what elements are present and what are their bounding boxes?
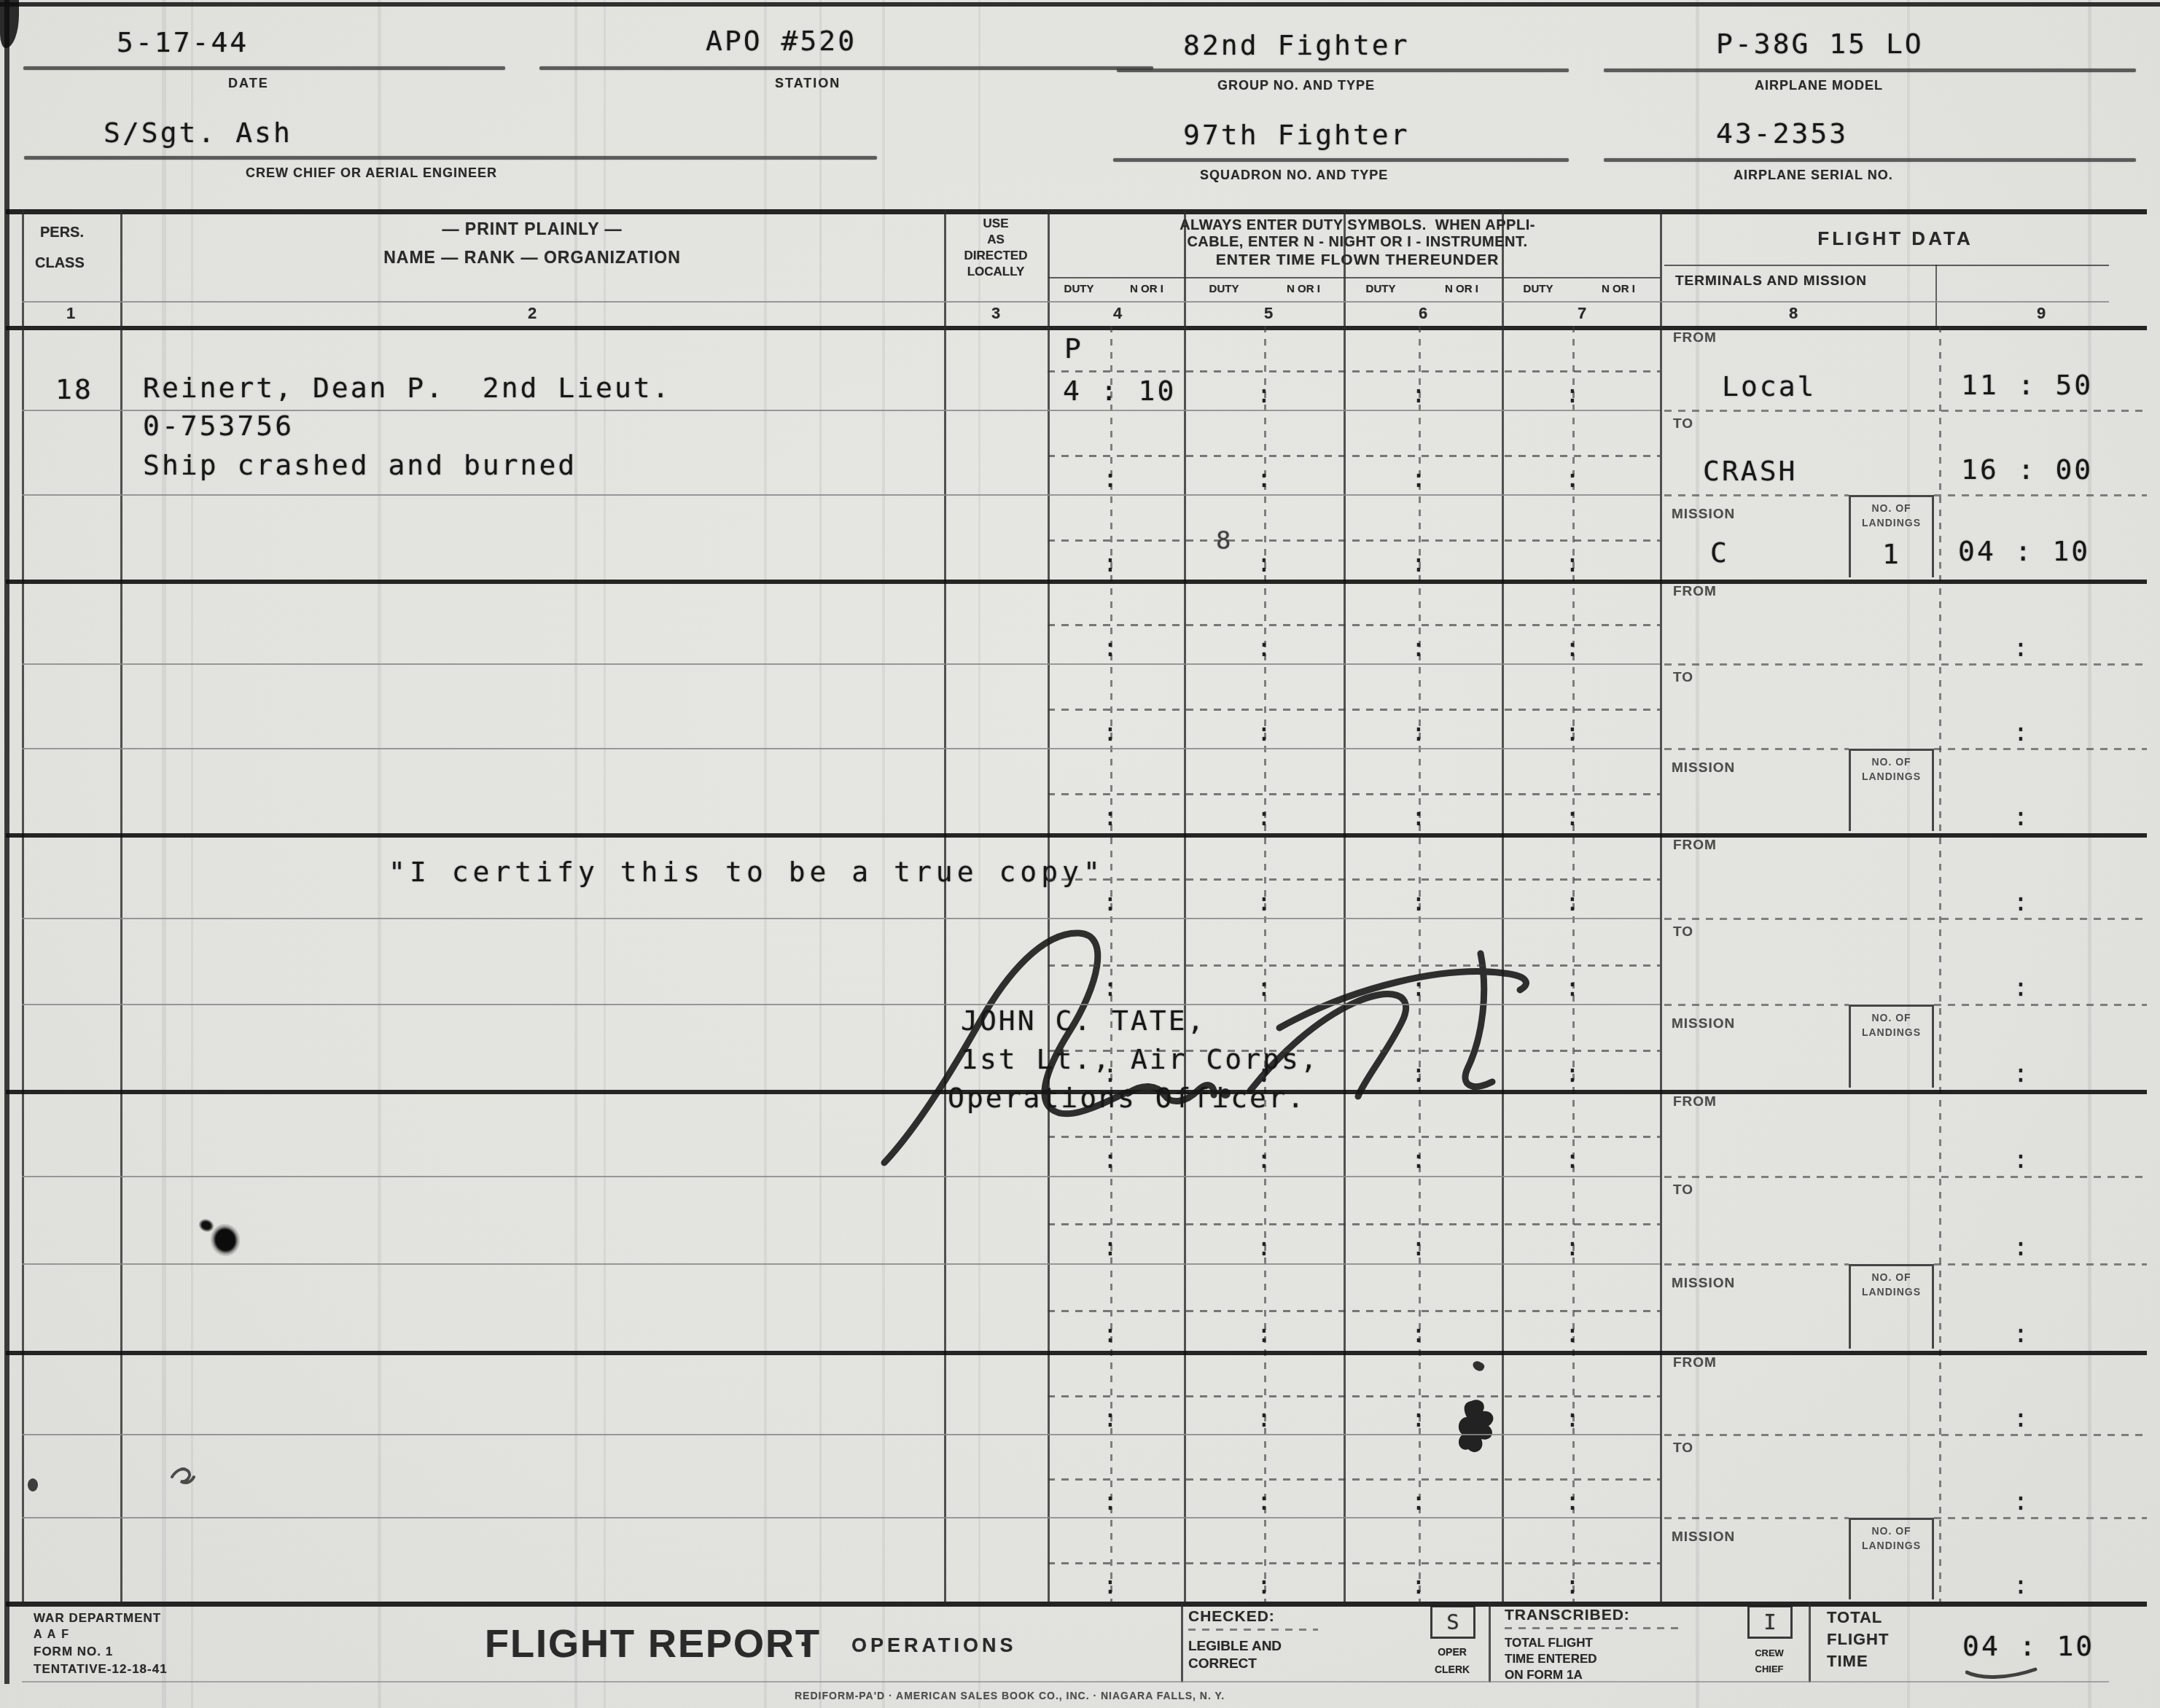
duty-subheader: DUTY — [1209, 283, 1239, 295]
landings-box: NO. OFLANDINGS — [1849, 495, 1934, 577]
total-flight-time-label-line1: TOTAL — [1827, 1608, 1882, 1627]
flight-time-colon: : — [2013, 1571, 2028, 1599]
footer-divider-2 — [1489, 1602, 1491, 1682]
duty-time-colon: : — [1257, 380, 1271, 408]
flightdata-dashed-line — [1664, 1434, 2147, 1436]
station-value: APO #520 — [706, 25, 857, 57]
crew-chief-initial-box: I — [1747, 1605, 1793, 1639]
duty-time-colon: : — [1103, 718, 1118, 746]
landings-label-line2: LANDINGS — [1851, 1540, 1932, 1551]
flight-block-1: :::::::::::FROMTOMISSIONNO. OFLANDINGS — [0, 326, 2160, 580]
duty-time-colon: : — [1411, 803, 1426, 831]
checked-label: CHECKED: — [1188, 1608, 1275, 1626]
duty-subheader: DUTY — [1064, 283, 1094, 295]
row-separator-line — [22, 494, 1660, 496]
total-flight-time-label-line2: FLIGHT — [1827, 1630, 1889, 1649]
duty-time-colon: : — [1257, 1319, 1271, 1348]
duty-time-colon: : — [1103, 633, 1118, 662]
duty-time-colon: : — [1103, 464, 1118, 493]
nori-subheader: N OR I — [1445, 283, 1478, 295]
to-label: TO — [1673, 924, 1693, 940]
duty-time-colon: : — [1411, 1487, 1426, 1516]
duty-time-colon: : — [1257, 1404, 1271, 1432]
duty-time-colon: : — [1103, 1233, 1118, 1261]
duty-note-line2: CABLE, ENTER N - NIGHT OR I - INSTRUMENT… — [1187, 234, 1527, 251]
landings-box: NO. OFLANDINGS — [1849, 1005, 1934, 1088]
airplane-serial-underline — [1604, 158, 2136, 162]
duty-time-colon: : — [1103, 549, 1118, 577]
row-separator-line — [22, 1004, 1660, 1005]
duty-time-colon: : — [1565, 633, 1580, 662]
checked-underline — [1188, 1629, 1318, 1631]
flightdata-dashed-line — [1934, 748, 2147, 750]
from-label: FROM — [1673, 838, 1717, 854]
mission-label: MISSION — [1672, 1529, 1735, 1545]
duty-time-colon: : — [1257, 464, 1271, 493]
oper-clerk-initial: S — [1446, 1610, 1459, 1634]
duty-time-colon: : — [1565, 888, 1580, 916]
landings-label-line2: LANDINGS — [1851, 1026, 1932, 1038]
footer-dept-line3: FORM NO. 1 — [34, 1645, 113, 1659]
duty-time-colon: : — [1565, 1571, 1580, 1599]
duty-time-colon: : — [1411, 464, 1426, 493]
row-separator-line — [22, 410, 1660, 411]
duty-time-colon: : — [1257, 718, 1271, 746]
crew-chief-underline — [24, 156, 877, 160]
row-separator-line — [22, 1517, 1660, 1518]
row-separator-line — [22, 1176, 1660, 1177]
footer-bottom-line — [22, 1681, 2109, 1682]
duty-time-colon: : — [1411, 1404, 1426, 1432]
duty-time-colon: : — [1565, 1233, 1580, 1261]
from-label: FROM — [1673, 1355, 1717, 1371]
flightdata-dashed-line — [1934, 1517, 2147, 1519]
duty-time-colon: : — [1411, 1233, 1426, 1261]
duty-time-colon: : — [1257, 1233, 1271, 1261]
duty-time-colon: : — [1565, 1145, 1580, 1174]
col-number-7: 7 — [1578, 304, 1586, 323]
duty-time-colon: : — [1411, 380, 1426, 408]
duty-time-colon: : — [1257, 973, 1271, 1002]
use-locally-line4: LOCALLY — [967, 265, 1025, 279]
duty-time-colon: : — [1257, 549, 1271, 577]
duty-time-colon: : — [1565, 380, 1580, 408]
duty-time-colon: : — [1103, 1145, 1118, 1174]
group-label: GROUP NO. AND TYPE — [1217, 78, 1375, 93]
duty-row-dashed-line — [1048, 964, 1660, 967]
total-flight-time-value: 04 : 10 — [1962, 1630, 2094, 1662]
row-separator-line — [22, 918, 1660, 919]
crew-chief-label-line1: CREW — [1755, 1647, 1784, 1658]
flightdata-dashed-line — [1664, 1004, 1849, 1006]
station-underline — [539, 66, 1153, 70]
pers-class-line1: PERS. — [40, 225, 84, 241]
crew-chief-label: CREW CHIEF OR AERIAL ENGINEER — [246, 165, 497, 181]
duty-time-colon: : — [1103, 1571, 1118, 1599]
mission-label: MISSION — [1672, 760, 1735, 776]
form-title-separator: - — [800, 1624, 811, 1661]
oper-clerk-label-line1: OPER — [1438, 1646, 1467, 1658]
duty-time-colon: : — [1257, 633, 1271, 662]
to-label: TO — [1673, 1440, 1693, 1457]
flight-time-colon: : — [2013, 973, 2028, 1002]
nori-subheader: N OR I — [1287, 283, 1320, 295]
duty-time-colon: : — [1103, 1319, 1118, 1348]
duty-note-line3: ENTER TIME FLOWN THEREUNDER — [1216, 251, 1500, 269]
date-underline — [23, 66, 505, 70]
col-number-9: 9 — [2037, 304, 2046, 323]
nori-subheader: N OR I — [1130, 283, 1163, 295]
flightdata-dashed-line — [1934, 1004, 2147, 1006]
crew-chief-initial: I — [1763, 1610, 1776, 1634]
flightdata-dashed-line — [1664, 410, 2147, 412]
print-plainly-heading: — PRINT PLAINLY — — [442, 219, 622, 239]
landings-box: NO. OFLANDINGS — [1849, 1264, 1934, 1349]
flight-block-2: :::::::::::::::FROMTOMISSIONNO. OFLANDIN… — [0, 580, 2160, 833]
duty-time-colon: : — [1565, 973, 1580, 1002]
landings-label-line1: NO. OF — [1851, 1271, 1932, 1283]
airplane-model-value: P-38G 15 LO — [1716, 28, 1924, 60]
group-underline — [1117, 69, 1569, 72]
flightdata-dashed-line — [1664, 748, 1849, 750]
transcribed-line2: TIME ENTERED — [1505, 1652, 1597, 1666]
landings-label-line1: NO. OF — [1851, 1525, 1932, 1537]
duty-row-dashed-line — [1048, 1050, 1660, 1052]
duty-time-colon: : — [1411, 888, 1426, 916]
mission-label: MISSION — [1672, 507, 1735, 523]
flight-time-colon: : — [2013, 1145, 2028, 1174]
duty-time-colon: : — [1257, 1059, 1271, 1088]
pers-class-line2: CLASS — [35, 255, 85, 272]
flightdata-dashed-line — [1664, 1517, 1849, 1519]
flightdata-dashed-line — [1664, 494, 1849, 496]
date-label: DATE — [228, 76, 269, 91]
flightdata-title-underline — [1664, 265, 2109, 266]
col-number-8: 8 — [1789, 304, 1798, 323]
airplane-serial-label: AIRPLANE SERIAL NO. — [1734, 168, 1893, 183]
checked-line2: CORRECT — [1188, 1656, 1257, 1672]
to-label: TO — [1673, 1182, 1693, 1198]
from-label: FROM — [1673, 584, 1717, 600]
duty-row-dashed-line — [1048, 1136, 1660, 1138]
landings-label-line1: NO. OF — [1851, 1012, 1932, 1023]
duty-note-line1: ALWAYS ENTER DUTY SYMBOLS. WHEN APPLI- — [1180, 217, 1535, 234]
use-locally-line1: USE — [983, 217, 1009, 231]
flight-time-colon: : — [2013, 1404, 2028, 1432]
checked-line1: LEGIBLE AND — [1188, 1639, 1282, 1655]
flight-time-colon: : — [2013, 1487, 2028, 1516]
col-number-3: 3 — [991, 304, 1000, 323]
duty-time-colon: : — [1411, 633, 1426, 662]
flightdata-dashed-line — [1664, 663, 2147, 666]
footer-divider-1 — [1181, 1602, 1183, 1682]
col-number-2: 2 — [528, 304, 537, 323]
duty-time-colon: : — [1565, 1319, 1580, 1348]
row-separator-line — [22, 748, 1660, 749]
total-flight-time-label-line3: TIME — [1827, 1652, 1868, 1671]
flight-report-form: 5-17-44 DATE APO #520 STATION 82nd Fight… — [0, 0, 2160, 1708]
crew-chief-value: S/Sgt. Ash — [104, 117, 292, 149]
duty-row-dashed-line — [1048, 1395, 1660, 1397]
duty-row-dashed-line — [1048, 1562, 1660, 1564]
duty-time-colon: : — [1257, 803, 1271, 831]
table-bottom-line — [6, 1602, 2147, 1607]
duty-time-colon: : — [1565, 549, 1580, 577]
airplane-model-label: AIRPLANE MODEL — [1755, 78, 1883, 93]
duty-time-colon: : — [1565, 1487, 1580, 1516]
table-top-line — [6, 209, 2147, 214]
duty-row-dashed-line — [1048, 1223, 1660, 1225]
landings-label-line2: LANDINGS — [1851, 771, 1932, 782]
duty-row-dashed-line — [1048, 370, 1660, 373]
duty-time-colon: : — [1565, 718, 1580, 746]
duty-time-colon: : — [1411, 1059, 1426, 1088]
flightdata-dashed-line — [1934, 494, 2147, 496]
pen-flourish — [1965, 1666, 2038, 1682]
landings-box: NO. OFLANDINGS — [1849, 749, 1934, 831]
transcribed-line3: ON FORM 1A — [1505, 1668, 1583, 1682]
duty-time-colon: : — [1103, 973, 1118, 1002]
flightdata-dashed-line — [1664, 1176, 2147, 1178]
flight-time-colon: : — [2013, 888, 2028, 916]
flight-time-colon: : — [2013, 633, 2028, 662]
date-value: 5-17-44 — [117, 26, 249, 58]
use-locally-line3: DIRECTED — [964, 249, 1028, 263]
flight-time-colon: : — [2013, 1319, 2028, 1348]
use-locally-line2: AS — [987, 233, 1005, 247]
col-number-1: 1 — [66, 304, 75, 323]
mission-label: MISSION — [1672, 1276, 1735, 1292]
station-label: STATION — [775, 76, 841, 91]
terminals-header-divider — [1935, 265, 1937, 326]
duty-row-dashed-line — [1048, 1478, 1660, 1481]
flightdata-dashed-line — [1664, 1263, 1849, 1266]
footer-dept-line4: TENTATIVE-12-18-41 — [34, 1662, 168, 1677]
airplane-serial-value: 43-2353 — [1716, 117, 1848, 149]
duty-time-colon: : — [1257, 1145, 1271, 1174]
transcribed-underline — [1505, 1627, 1684, 1629]
from-label: FROM — [1673, 330, 1717, 346]
squadron-value: 97th Fighter — [1183, 119, 1410, 151]
duty-time-colon: : — [1257, 1487, 1271, 1516]
printer-imprint: REDIFORM-PA'D · AMERICAN SALES BOOK CO.,… — [795, 1690, 1225, 1701]
footer-divider-3 — [1809, 1602, 1811, 1682]
form-title: FLIGHT REPORT — [485, 1621, 821, 1666]
row-separator-line — [22, 1263, 1660, 1265]
transcribed-line1: TOTAL FLIGHT — [1505, 1636, 1593, 1650]
flight-time-colon: : — [2013, 1233, 2028, 1261]
flight-time-colon: : — [2013, 1059, 2028, 1088]
duty-time-colon: : — [1411, 1319, 1426, 1348]
duty-row-dashed-line — [1048, 793, 1660, 795]
oper-clerk-label-line2: CLERK — [1435, 1664, 1470, 1675]
col-number-6: 6 — [1419, 304, 1427, 323]
flightdata-dashed-line — [1934, 1263, 2147, 1266]
squadron-label: SQUADRON NO. AND TYPE — [1200, 168, 1388, 183]
flight-block-5: :::::::::::::::FROMTOMISSIONNO. OFLANDIN… — [0, 1351, 2160, 1602]
scanned-flight-report: { "colors": {"paper": "#e2e2df", "typewr… — [0, 0, 2160, 1708]
duty-row-dashed-line — [1048, 878, 1660, 881]
duty-subheader: DUTY — [1366, 283, 1396, 295]
duty-time-colon: : — [1411, 549, 1426, 577]
nori-subheader: N OR I — [1602, 283, 1635, 295]
duty-row-dashed-line — [1048, 539, 1660, 542]
duty-time-colon: : — [1565, 803, 1580, 831]
duty-time-colon: : — [1411, 973, 1426, 1002]
landings-label-line2: LANDINGS — [1851, 1286, 1932, 1298]
top-border-line — [0, 2, 2160, 7]
oper-clerk-initial-box: S — [1430, 1605, 1475, 1639]
duty-time-colon: : — [1103, 1059, 1118, 1088]
landings-box: NO. OFLANDINGS — [1849, 1518, 1934, 1599]
duty-time-colon: : — [1411, 1145, 1426, 1174]
name-rank-organization-heading: NAME — RANK — ORGANIZATION — [383, 248, 681, 268]
col-number-5: 5 — [1264, 304, 1273, 323]
squadron-underline — [1113, 158, 1569, 162]
duty-row-dashed-line — [1048, 1310, 1660, 1312]
transcribed-label: TRANSCRIBED: — [1505, 1607, 1630, 1624]
flight-data-title: FLIGHT DATA — [1817, 227, 1973, 250]
footer-dept-line1: WAR DEPARTMENT — [34, 1611, 161, 1626]
duty-time-colon: : — [1103, 1404, 1118, 1432]
number-row-line — [22, 301, 2109, 303]
corner-ink-mark — [0, 0, 19, 48]
duty-row-dashed-line — [1048, 455, 1660, 457]
flight-block-4: :::::::::::::::FROMTOMISSIONNO. OFLANDIN… — [0, 1090, 2160, 1351]
crew-chief-label-line2: CHIEF — [1755, 1664, 1784, 1674]
duty-time-colon: : — [1257, 1571, 1271, 1599]
landings-label-line1: NO. OF — [1851, 756, 1932, 768]
duty-subheader-topline — [1048, 277, 1660, 278]
duty-time-colon: : — [1103, 803, 1118, 831]
duty-row-dashed-line — [1048, 709, 1660, 711]
group-value: 82nd Fighter — [1183, 29, 1410, 61]
airplane-model-underline — [1604, 69, 2136, 72]
footer-dept-line2: A A F — [34, 1629, 70, 1642]
form-subtitle: OPERATIONS — [851, 1634, 1017, 1657]
landings-label-line2: LANDINGS — [1851, 517, 1932, 529]
flight-time-colon: : — [2013, 718, 2028, 746]
flight-time-colon: : — [2013, 803, 2028, 831]
duty-time-colon: : — [1565, 1404, 1580, 1432]
terminals-mission-label: TERMINALS AND MISSION — [1675, 273, 1867, 289]
duty-time-colon: : — [1565, 464, 1580, 493]
from-label: FROM — [1673, 1094, 1717, 1110]
duty-time-colon: : — [1411, 718, 1426, 746]
landings-label-line1: NO. OF — [1851, 502, 1932, 514]
duty-time-colon: : — [1257, 888, 1271, 916]
to-label: TO — [1673, 416, 1693, 432]
flightdata-dashed-line — [1664, 918, 2147, 920]
duty-subheader: DUTY — [1524, 283, 1553, 295]
duty-time-colon: : — [1411, 1571, 1426, 1599]
row-separator-line — [22, 663, 1660, 665]
mission-label: MISSION — [1672, 1016, 1735, 1032]
to-label: TO — [1673, 670, 1693, 686]
flight-block-3: :::::::::::::::FROMTOMISSIONNO. OFLANDIN… — [0, 833, 2160, 1090]
duty-row-dashed-line — [1048, 624, 1660, 626]
duty-time-colon: : — [1565, 1059, 1580, 1088]
col-number-4: 4 — [1113, 304, 1122, 323]
row-separator-line — [22, 1434, 1660, 1435]
duty-time-colon: : — [1103, 888, 1118, 916]
duty-time-colon: : — [1103, 1487, 1118, 1516]
